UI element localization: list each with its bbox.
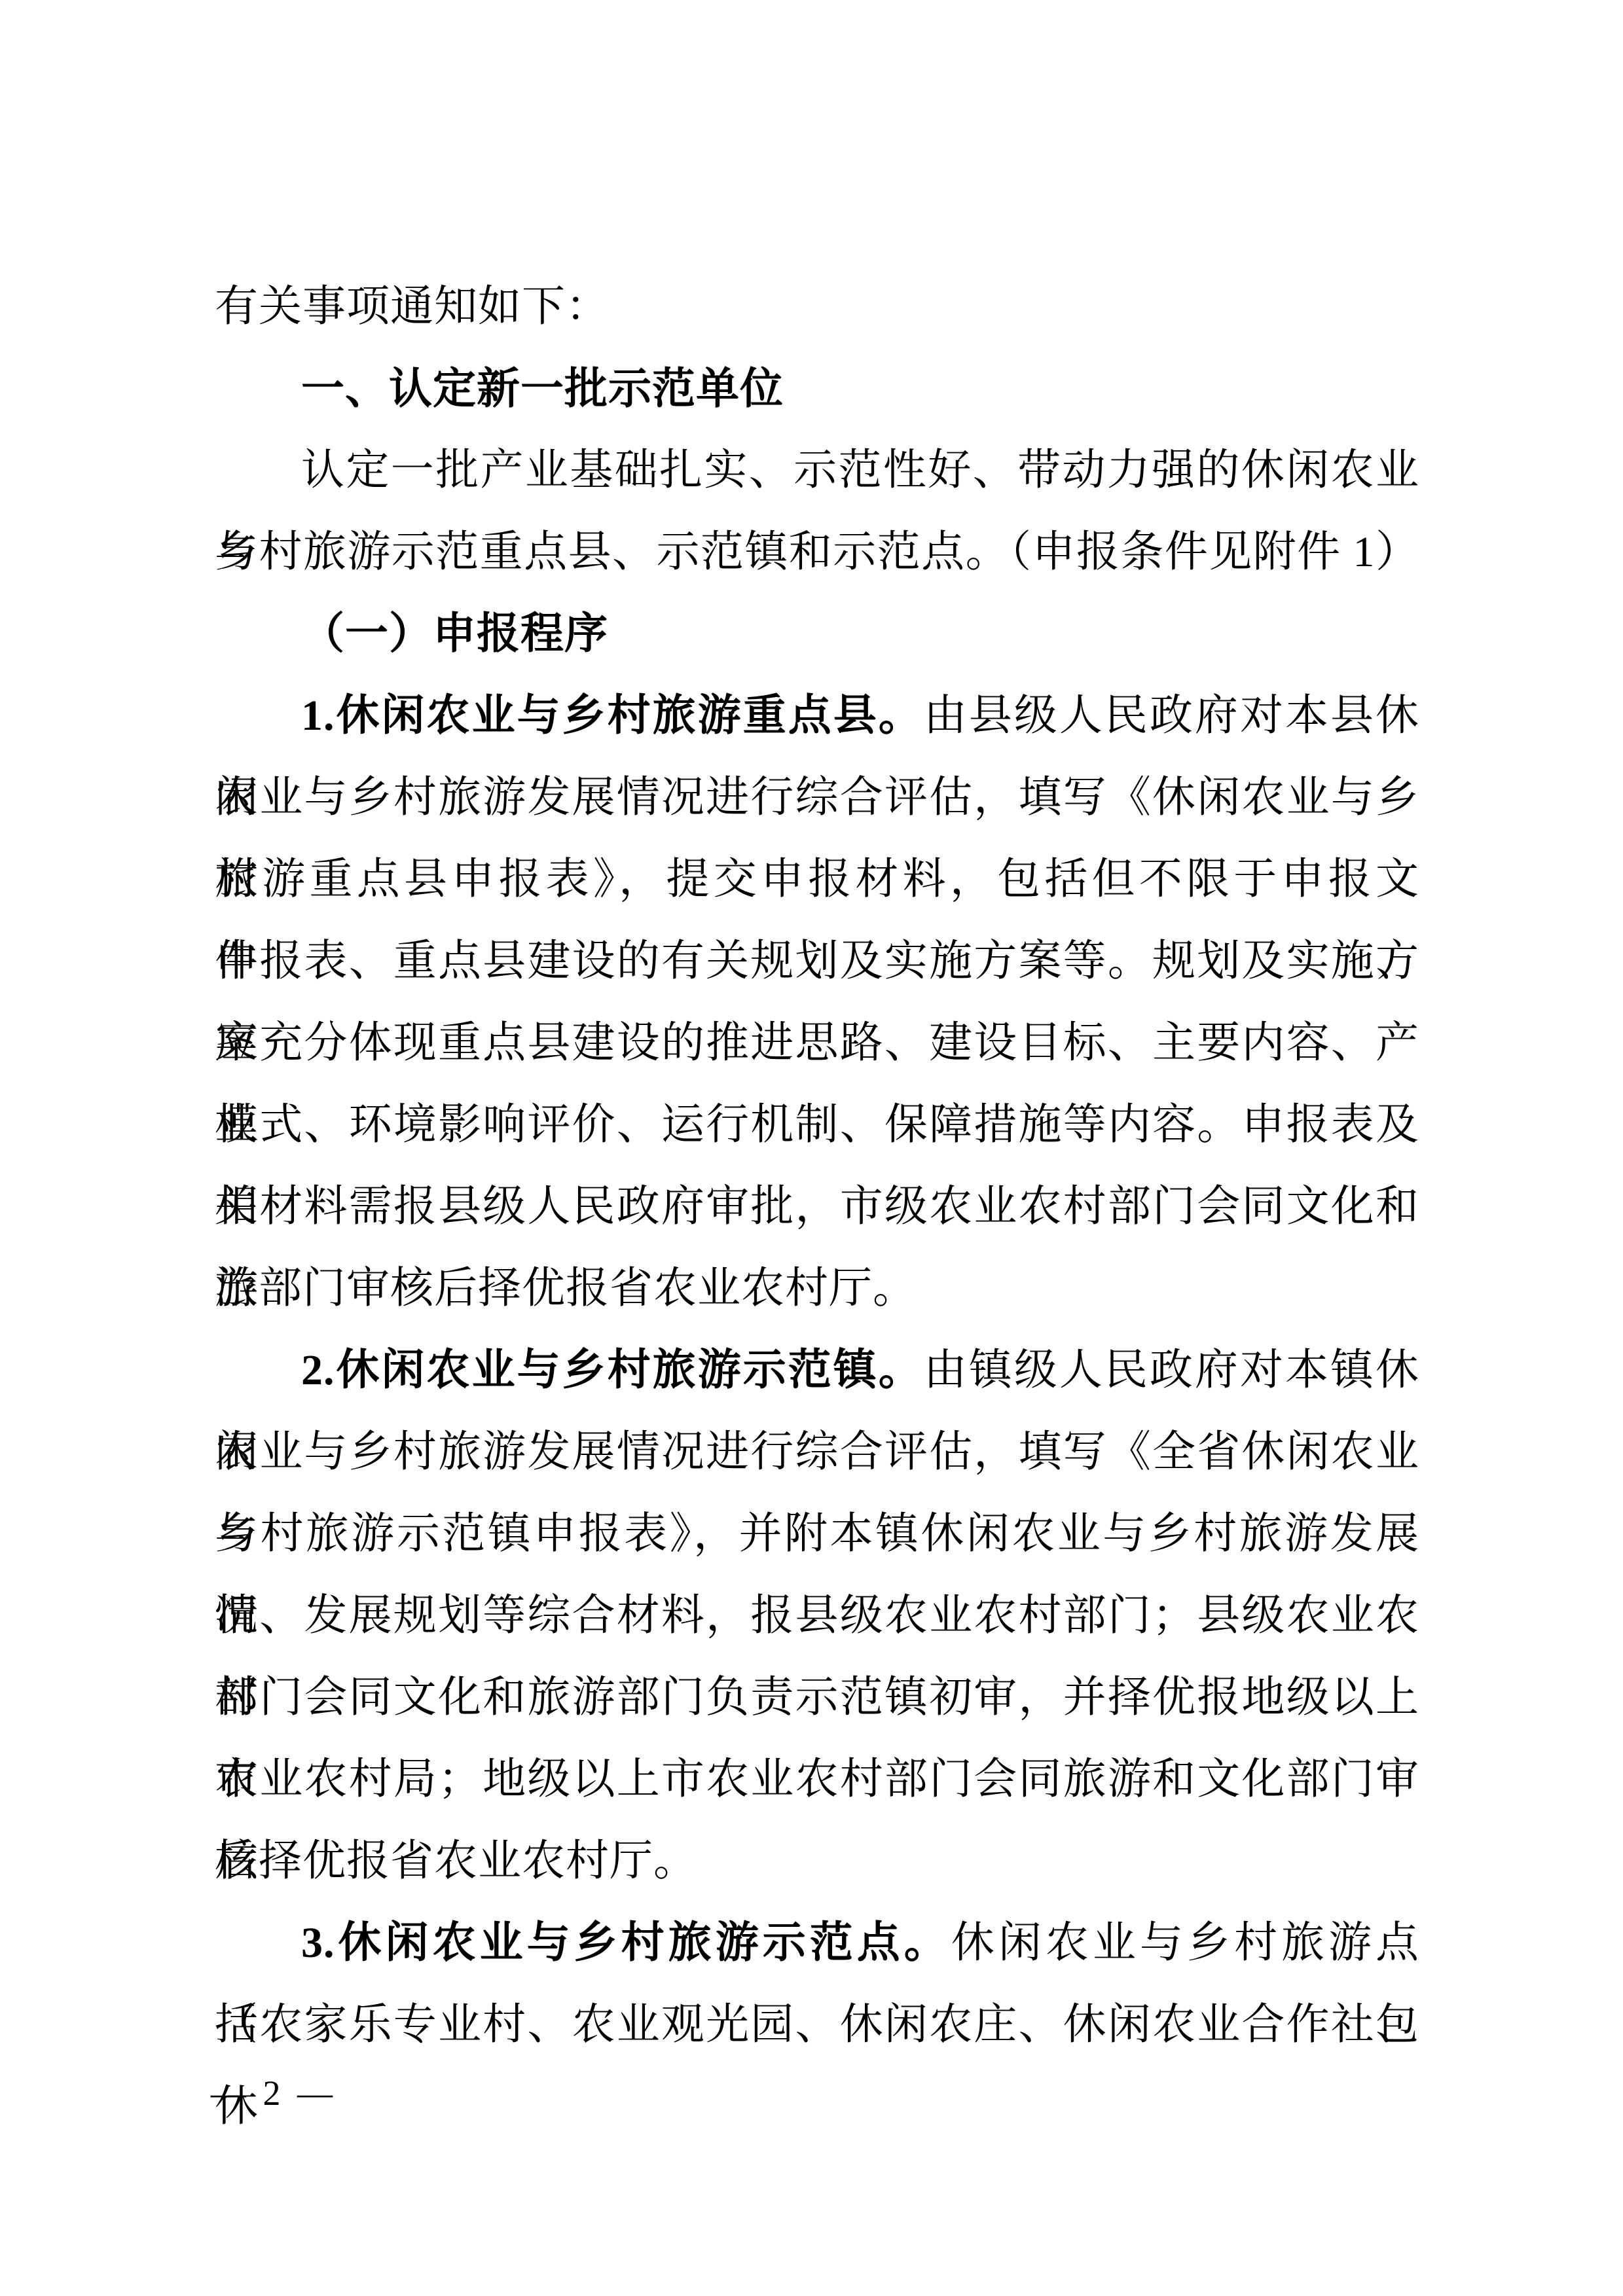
body-line: 有关事项通知如下：	[215, 266, 1419, 348]
document-body: 有关事项通知如下： 一、认定新一批示范单位 认定一批产业基础扎实、示范性好、带动…	[215, 266, 1419, 2066]
body-line: 乡村旅游示范重点县、示范镇和示范点。（申报条件见附件 1）	[215, 511, 1419, 593]
body-line: 部门会同文化和旅游部门负责示范镇初审，并择优报地级以上市	[215, 1657, 1419, 1738]
document-page: 有关事项通知如下： 一、认定新一批示范单位 认定一批产业基础扎实、示范性好、带动…	[0, 0, 1623, 2296]
body-line: 乡村旅游示范镇申报表》，并附本镇休闲农业与乡村旅游发展情	[215, 1493, 1419, 1575]
paragraph-lead-text: 3.休闲农业与乡村旅游示范点。	[301, 1919, 951, 1967]
paragraph-lead-line: 3.休闲农业与乡村旅游示范点。休闲农业与乡村旅游点（包	[215, 1902, 1419, 1984]
body-line: 旅游重点县申报表》，提交申报材料，包括但不限于申报文件、	[215, 838, 1419, 920]
body-line: 农业农村局；地级以上市农业农村部门会同旅游和文化部门审核	[215, 1738, 1419, 1820]
subsection-heading: （一）申报程序	[215, 593, 1419, 675]
section-heading-text: 一、认定新一批示范单位	[301, 364, 784, 412]
body-text: 乡村旅游示范重点县、示范镇和示范点。（申报条件见附件 1）	[215, 528, 1419, 576]
paragraph-lead-line: 1.休闲农业与乡村旅游重点县。由县级人民政府对本县休闲	[215, 675, 1419, 757]
body-line: 后择优报省农业农村厅。	[215, 1820, 1419, 1902]
paragraph-lead-line: 2.休闲农业与乡村旅游示范镇。由镇级人民政府对本镇休闲	[215, 1329, 1419, 1411]
body-line: 农业与乡村旅游发展情况进行综合评估，填写《休闲农业与乡村	[215, 757, 1419, 838]
paragraph-lead-text: 1.休闲农业与乡村旅游重点县。	[301, 692, 924, 740]
body-line: 模式、环境影响评价、运行机制、保障措施等内容。申报表及相	[215, 1084, 1419, 1166]
section-heading: 一、认定新一批示范单位	[215, 348, 1419, 429]
body-text: 游部门审核后择优报省农业农村厅。	[215, 1265, 917, 1312]
paragraph-lead-text: 2.休闲农业与乡村旅游示范镇。	[301, 1346, 924, 1394]
body-text: 后择优报省农业农村厅。	[215, 1837, 697, 1885]
body-text: 括农家乐专业村、农业观光园、休闲农庄、休闲农业合作社、休	[215, 2001, 1419, 2130]
body-line: 申报表、重点县建设的有关规划及实施方案等。规划及实施方案	[215, 920, 1419, 1002]
body-line: 况、发展规划等综合材料，报县级农业农村部门；县级农业农村	[215, 1575, 1419, 1657]
body-line: 关材料需报县级人民政府审批，市级农业农村部门会同文化和旅	[215, 1166, 1419, 1247]
body-line: 认定一批产业基础扎实、示范性好、带动力强的休闲农业与	[215, 429, 1419, 511]
body-text: 有关事项通知如下：	[215, 283, 610, 331]
body-line: 游部门审核后择优报省农业农村厅。	[215, 1247, 1419, 1329]
body-line: 应充分体现重点县建设的推进思路、建设目标、主要内容、产业	[215, 1002, 1419, 1084]
body-line: 农业与乡村旅游发展情况进行综合评估，填写《全省休闲农业与	[215, 1411, 1419, 1493]
subsection-heading-text: （一）申报程序	[301, 610, 608, 658]
page-number: — 2 —	[211, 2073, 337, 2113]
body-line: 括农家乐专业村、农业观光园、休闲农庄、休闲农业合作社、休	[215, 1984, 1419, 2066]
